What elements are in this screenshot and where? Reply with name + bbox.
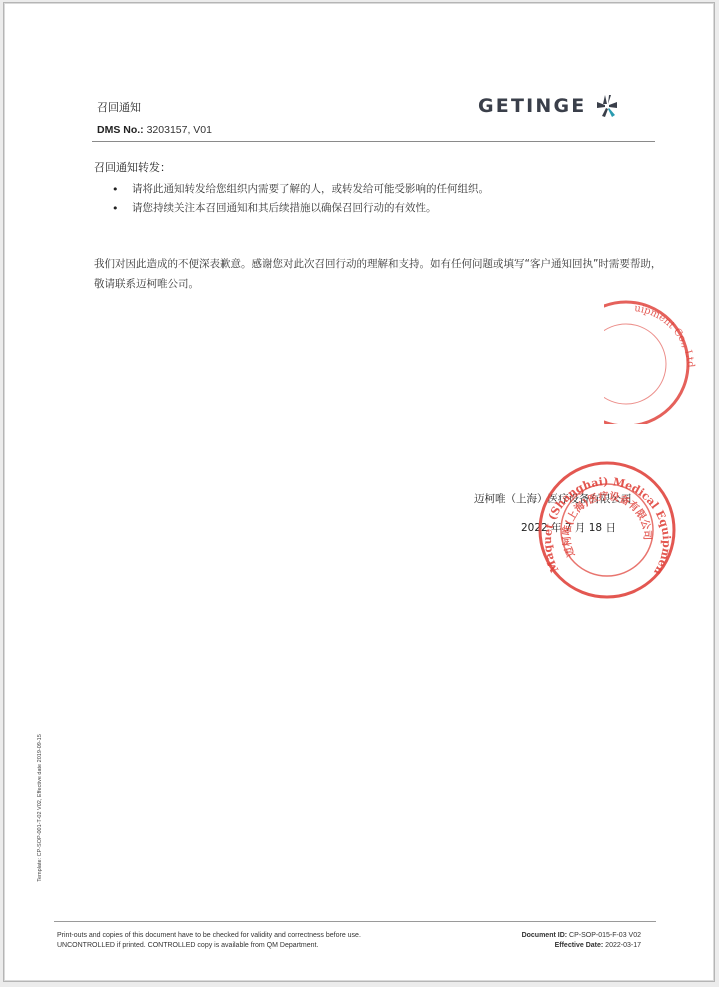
getinge-asterisk-icon [594,93,620,119]
effective-date: Effective Date: 2022-03-17 [522,941,641,951]
footer-divider [54,921,656,922]
document-page: 召回通知 DMS No.: 3203157, V01 GETINGE 召回通知转… [3,2,715,982]
svg-text:Maquet (Shanghai) Medical Equi: Maquet (Shanghai) Medical Equipment Co.,… [537,460,673,577]
company-seal-partial: uipment Co., Ltd [604,299,714,424]
apology-paragraph: 我们对因此造成的不便深表歉意。感谢您对此次召回行动的理解和支持。如有任何问题或填… [94,254,664,294]
signature-date: 2022 年 7 月 18 日 [521,520,616,535]
forwarding-bullets: 请将此通知转发给您组织内需要了解的人，或转发给可能受影响的任何组织。 请您持续关… [112,181,489,219]
footer-disclaimer-line-1: Print-outs and copies of this document h… [57,931,361,941]
bullet-item: 请将此通知转发给您组织内需要了解的人，或转发给可能受影响的任何组织。 [112,181,489,200]
template-side-note: Template: CP-SOP-001-T-02 V02, Effective… [37,734,43,882]
bullet-item: 请您持续关注本召回通知和其后续措施以确保召回行动的有效性。 [112,200,489,219]
footer-disclaimer: Print-outs and copies of this document h… [57,931,361,951]
document-id: Document ID: CP-SOP-015-F-03 V02 [522,931,641,941]
signature-company: 迈柯唯（上海）医疗设备有限公司 [474,491,632,506]
footer-disclaimer-line-2: UNCONTROLLED if printed. CONTROLLED copy… [57,941,361,951]
forwarding-section-title: 召回通知转发： [94,159,171,175]
dms-value: 3203157, V01 [144,124,212,136]
svg-text:uipment Co., Ltd: uipment Co., Ltd [634,303,696,369]
dms-label: DMS No.: [97,124,144,136]
footer-document-info: Document ID: CP-SOP-015-F-03 V02 Effecti… [522,931,641,951]
logo-text: GETINGE [478,95,586,117]
document-title: 召回通知 [97,99,141,115]
header-divider [92,141,655,142]
getinge-logo: GETINGE [478,93,620,119]
dms-number: DMS No.: 3203157, V01 [97,124,212,136]
